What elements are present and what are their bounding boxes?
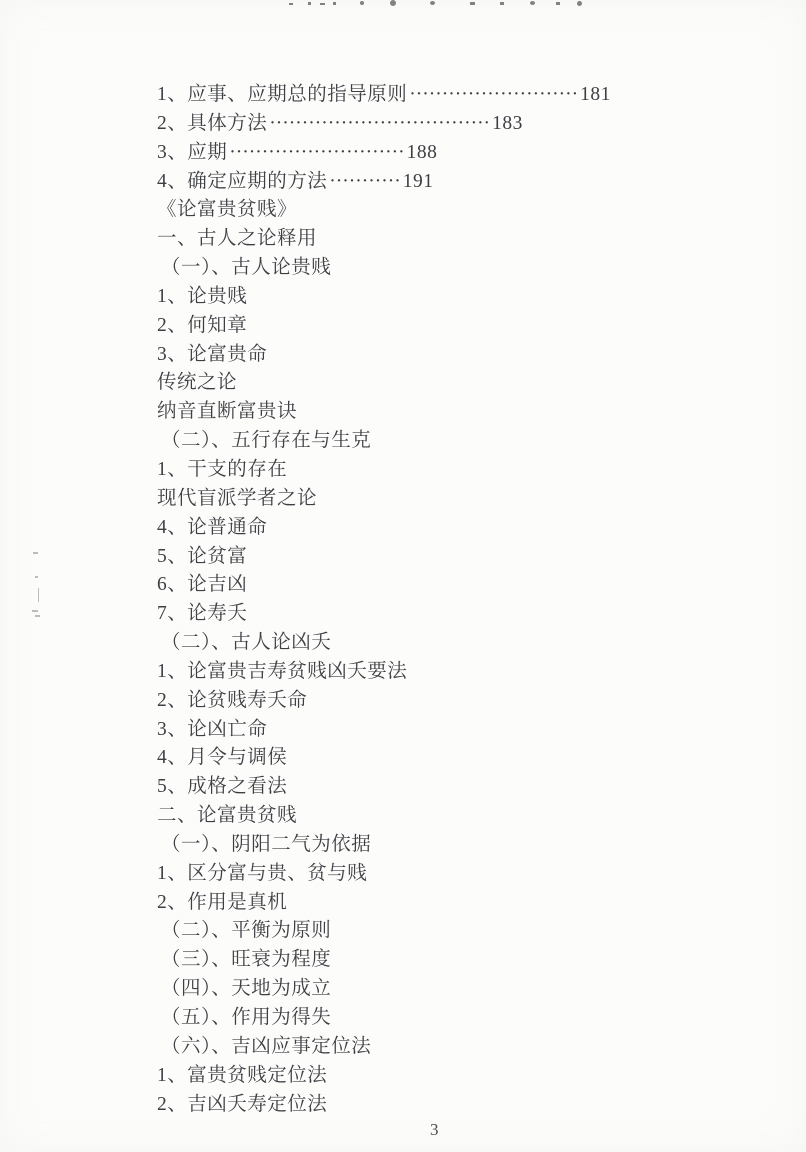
- toc-item: 4、论普通命: [157, 514, 717, 543]
- scan-speck: [32, 610, 38, 612]
- toc-item: 2、作用是真机: [157, 889, 717, 918]
- page-edge-clipped-text-artifact: [0, 0, 806, 8]
- toc-item: 2、何知章: [157, 312, 717, 341]
- toc-subsection-heading: （五）、作用为得失: [157, 1004, 717, 1033]
- toc-item: 1、富贵贫贱定位法: [157, 1062, 717, 1091]
- toc-item: 2、论贫贱寿夭命: [157, 687, 717, 716]
- toc-item: 1、区分富与贵、贫与贱: [157, 860, 717, 889]
- toc-entry-label: 4、确定应期的方法: [157, 171, 327, 192]
- artifact-mark: [470, 2, 475, 5]
- toc-entry-with-page: 4、确定应期的方法···········191: [157, 168, 717, 197]
- scan-speck: [38, 588, 39, 602]
- toc-subsection-heading: （二）、平衡为原则: [157, 917, 717, 946]
- toc-entry-with-page: 2、具体方法··································…: [157, 110, 717, 139]
- scanned-document-page: 1、应事、应期总的指导原则··························1…: [0, 0, 806, 1152]
- toc-section-heading: 一、古人之论释用: [157, 225, 717, 254]
- toc-item: 3、论富贵命: [157, 341, 717, 370]
- artifact-mark: [500, 2, 504, 5]
- artifact-mark: [333, 2, 336, 5]
- page-number: 3: [430, 1120, 439, 1140]
- artifact-mark: [556, 2, 560, 5]
- artifact-mark: [430, 1, 435, 5]
- toc-entry-page-number: 188: [407, 142, 438, 163]
- toc-item: 1、干支的存在: [157, 456, 717, 485]
- dot-leader: ··································: [269, 113, 490, 134]
- table-of-contents: 1、应事、应期总的指导原则··························1…: [157, 81, 717, 1119]
- artifact-mark: [360, 1, 364, 5]
- toc-entry-with-page: 3、应期···························188: [157, 139, 717, 168]
- toc-entry-with-page: 1、应事、应期总的指导原则··························1…: [157, 81, 717, 110]
- toc-book-title: 《论富贵贫贱》: [157, 196, 717, 225]
- toc-item: 5、论贫富: [157, 543, 717, 572]
- toc-item: 2、吉凶夭寿定位法: [157, 1091, 717, 1120]
- toc-entry-label: 2、具体方法: [157, 113, 267, 134]
- toc-subsection-heading: （二）、古人论凶夭: [157, 629, 717, 658]
- toc-subsection-heading: （二）、五行存在与生克: [157, 427, 717, 456]
- toc-entry-label: 3、应期: [157, 142, 227, 163]
- toc-entry-label: 1、应事、应期总的指导原则: [157, 84, 407, 105]
- artifact-mark: [308, 2, 311, 5]
- artifact-mark: [320, 3, 325, 5]
- toc-entry-page-number: 181: [580, 84, 611, 105]
- scan-speck: [35, 615, 40, 617]
- toc-item: 1、论富贵吉寿贫贱凶夭要法: [157, 658, 717, 687]
- toc-subsection-heading: （四）、天地为成立: [157, 975, 717, 1004]
- toc-item: 3、论凶亡命: [157, 716, 717, 745]
- artifact-mark: [530, 1, 535, 5]
- toc-item: 4、月令与调侯: [157, 744, 717, 773]
- dot-leader: ···········: [329, 171, 400, 192]
- toc-subsection-heading: （六）、吉凶应事定位法: [157, 1033, 717, 1062]
- toc-subsection-heading: （一）、阴阳二气为依据: [157, 831, 717, 860]
- toc-entry-page-number: 183: [492, 113, 523, 134]
- scan-speck: [33, 552, 38, 554]
- scan-speck: [35, 576, 38, 578]
- toc-subsection-heading: （一）、古人论贵贱: [157, 254, 717, 283]
- dot-leader: ··························: [409, 84, 578, 105]
- toc-section-heading: 二、论富贵贫贱: [157, 802, 717, 831]
- dot-leader: ···························: [229, 142, 404, 163]
- toc-item: 现代盲派学者之论: [157, 485, 717, 514]
- toc-item: 6、论吉凶: [157, 571, 717, 600]
- toc-entry-page-number: 191: [403, 171, 434, 192]
- toc-subsection-heading: （三）、旺衰为程度: [157, 946, 717, 975]
- artifact-mark: [577, 1, 582, 6]
- toc-item: 1、论贵贱: [157, 283, 717, 312]
- toc-item: 7、论寿夭: [157, 600, 717, 629]
- toc-item: 5、成格之看法: [157, 773, 717, 802]
- artifact-mark: [390, 0, 396, 6]
- artifact-mark: [289, 3, 293, 5]
- toc-item: 传统之论: [157, 369, 717, 398]
- toc-item: 纳音直断富贵诀: [157, 398, 717, 427]
